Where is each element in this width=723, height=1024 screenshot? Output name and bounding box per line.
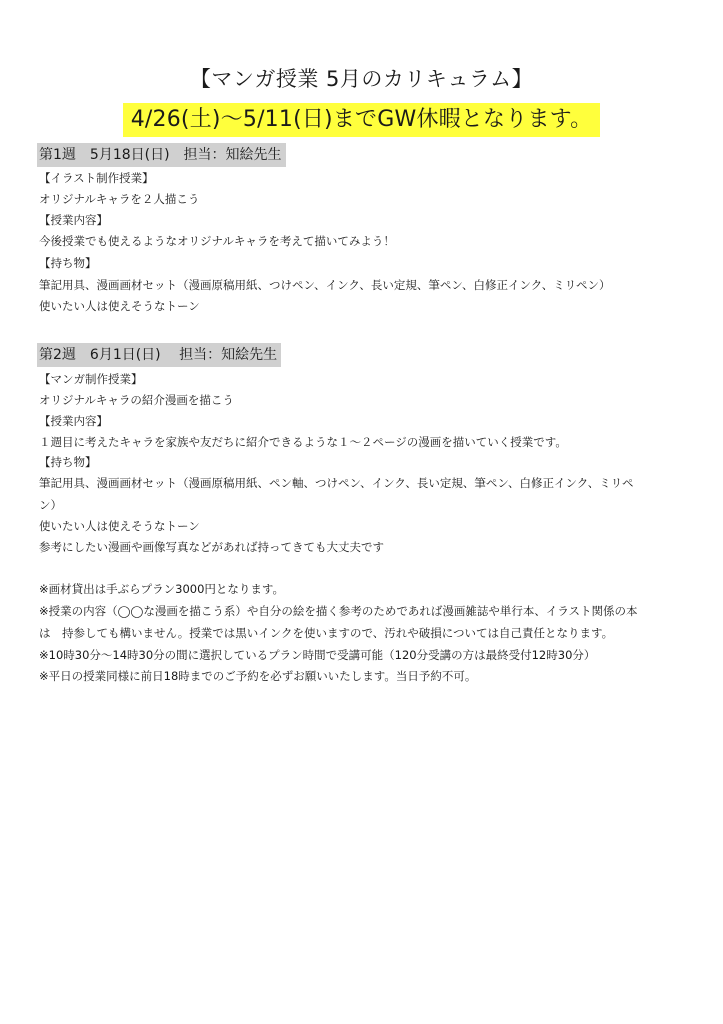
week2-items: 筆記用具、漫画画材セット（漫画原稿用紙、ペン軸、つけペン、インク、長い定規、筆ペ… bbox=[39, 474, 634, 492]
week1-items: 筆記用具、漫画画材セット（漫画原稿用紙、つけペン、インク、長い定規、筆ペン、白修… bbox=[39, 276, 611, 294]
week2-content-label: 【授業内容】 bbox=[39, 412, 108, 430]
week1-content-label: 【授業内容】 bbox=[39, 211, 108, 229]
gw-holiday-banner: 4/26(土)〜5/11(日)までGW休暇となります。 bbox=[0, 103, 723, 137]
week2-theme: オリジナルキャラの紹介漫画を描こう bbox=[39, 391, 234, 409]
week2-reference-note: 参考にしたい漫画や画像写真などがあれば持ってきても大丈夫です bbox=[39, 538, 384, 556]
week1-theme: オリジナルキャラを２人描こう bbox=[39, 190, 199, 208]
note-bring-materials-cont: は 持参しても構いません。授業では黒いインクを使いますので、汚れや破損については… bbox=[39, 624, 613, 642]
note-class-hours: ※10時30分〜14時30分の間に選択しているプラン時間で受講可能（120分受講… bbox=[39, 646, 595, 664]
week1-header: 第1週 5月18日(日) 担当：知絵先生 bbox=[37, 143, 286, 167]
week2-class-type: 【マンガ制作授業】 bbox=[39, 370, 143, 388]
document-title: 【マンガ授業 5月のカリキュラム】 bbox=[0, 64, 723, 94]
week2-header: 第2週 6月1日(日) 担当：知絵先生 bbox=[37, 343, 281, 367]
week1-class-type: 【イラスト制作授業】 bbox=[39, 169, 154, 187]
gw-holiday-text: 4/26(土)〜5/11(日)までGW休暇となります。 bbox=[123, 103, 601, 137]
week2-content: １週目に考えたキャラを家族や友だちに紹介できるような１〜２ページの漫画を描いてい… bbox=[39, 433, 567, 451]
week2-items-extra: 使いたい人は使えそうなトーン bbox=[39, 517, 200, 535]
week2-items-label: 【持ち物】 bbox=[39, 453, 97, 471]
document-page: 【マンガ授業 5月のカリキュラム】 4/26(土)〜5/11(日)までGW休暇と… bbox=[0, 0, 723, 1024]
week2-items-wrap: ン） bbox=[39, 496, 62, 514]
note-material-rental: ※画材貸出は手ぶらプラン3000円となります。 bbox=[39, 580, 284, 598]
week1-content: 今後授業でも使えるようなオリジナルキャラを考えて描いてみよう！ bbox=[39, 232, 395, 250]
week1-items-label: 【持ち物】 bbox=[39, 254, 97, 272]
note-bring-materials: ※授業の内容（◯◯な漫画を描こう系）や自分の絵を描く参考のためであれば漫画雑誌や… bbox=[39, 602, 638, 620]
note-reservation: ※平日の授業同様に前日18時までのご予約を必ずお願いいたします。当日予約不可。 bbox=[39, 667, 476, 685]
week1-items-extra: 使いたい人は使えそうなトーン bbox=[39, 297, 200, 315]
